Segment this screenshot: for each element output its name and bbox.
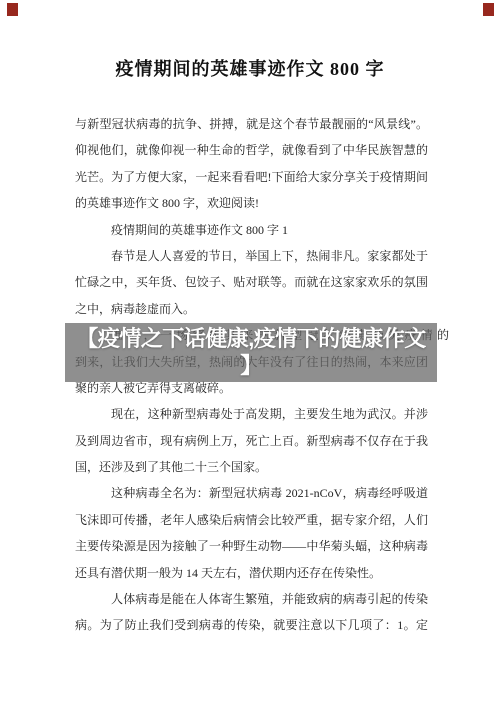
article-line: 的英雄事迹作文 800 字，欢迎阅读! (75, 190, 428, 216)
article-line: 现在，这种新型病毒处于高发期，主要发生地为武汉。并涉 (75, 401, 428, 427)
article-line: 国，还涉及到了其他二十三个国家。 (75, 454, 428, 480)
banner-text-line2: 】 (65, 352, 437, 379)
article-line: 忙碌之中，买年货、包饺子、贴对联等。而就在这家家欢乐的氛围 (75, 269, 428, 295)
overlay-link-banner[interactable]: 【疫情之下话健康,疫情下的健康作文 】 (65, 323, 437, 382)
article-line: 之中，病毒趁虚而入。 (75, 296, 428, 322)
article-line: 人体病毒是能在人体寄生繁殖，并能致病的病毒引起的传染 (75, 586, 428, 612)
banner-text-line1: 【疫情之下话健康,疫情下的健康作文 (65, 325, 437, 352)
document-page: 疫情期间的英雄事迹作文 800 字 与新型冠状病毒的抗争、拼搏，就是这个春节最靓… (0, 0, 500, 706)
article-line: 春节是人人喜爱的节日，举国上下，热闹非凡。家家都处于 (75, 243, 428, 269)
document-title: 疫情期间的英雄事迹作文 800 字 (0, 54, 500, 84)
article-line: 仰视他们，就像仰视一种生命的哲学，就像看到了中华民族智慧的 (75, 137, 428, 163)
article-line: 疫情期间的英雄事迹作文 800 字 1 (75, 217, 428, 243)
article-line: 及到周边省市，现有病例上万，死亡上百。新型病毒不仅存在于我 (75, 428, 428, 454)
article-line: 光芒。为了方便大家，一起来看看吧!下面给大家分享关于疫情期间 (75, 164, 428, 190)
red-corner-mark-left (7, 3, 18, 16)
article-line: 还具有潜伏期一般为 14 天左右，潜伏期内还存在传染性。 (75, 560, 428, 586)
article-line: 飞沫即可传播，老年人感染后病情会比较严重，据专家介绍，人们 (75, 507, 428, 533)
article-line: 主要传染源是因为接触了一种野生动物——中华菊头蝠，这种病毒 (75, 533, 428, 559)
article-line: 这种病毒全名为：新型冠状病毒 2021-nCoV，病毒经呼吸道 (75, 480, 428, 506)
red-corner-mark-right (483, 3, 494, 16)
article-line: 病。为了防止我们受到病毒的传染，就要注意以下几项了：1。定时 (75, 612, 428, 638)
article-line: 与新型冠状病毒的抗争、拼搏，就是这个春节最靓丽的“风景线”。 (75, 111, 428, 137)
